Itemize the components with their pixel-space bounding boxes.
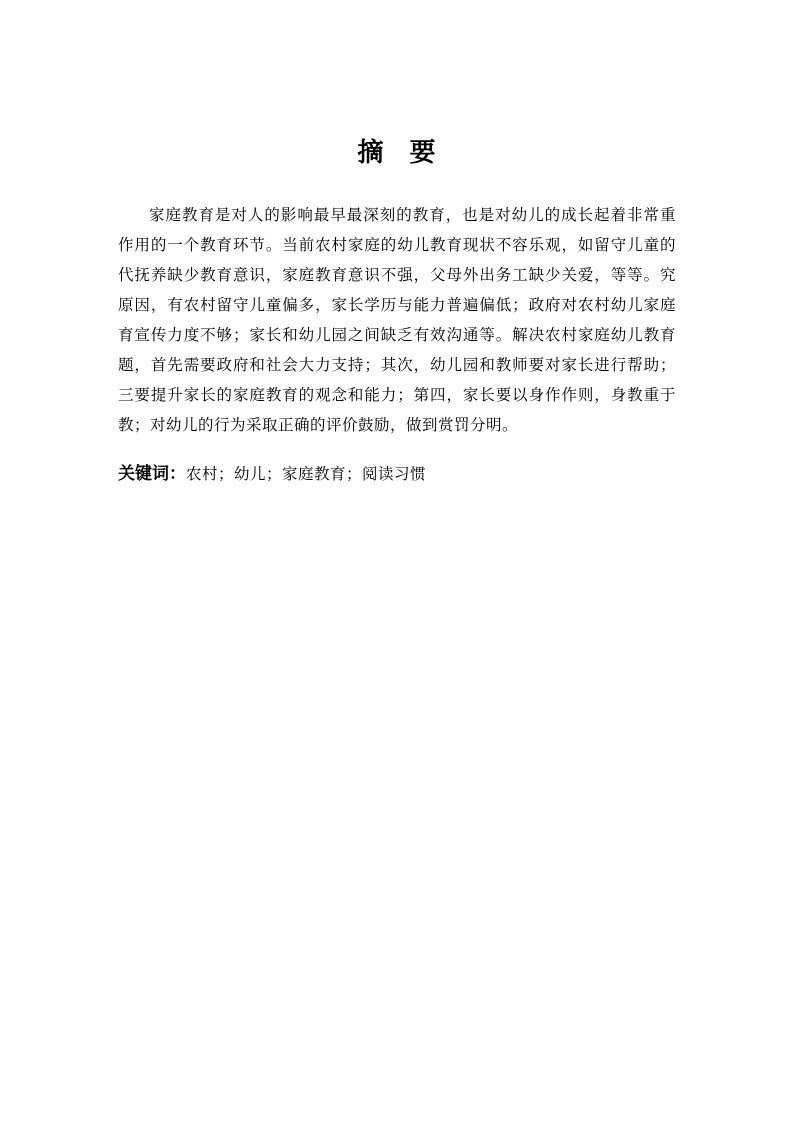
keywords-value: 农村；幼儿；家庭教育；阅读习惯 [186, 465, 426, 483]
paragraph-line: 家庭教育是对人的影响最早最深刻的教育，也是对幼儿的成长起着非常重要 [118, 200, 676, 230]
abstract-paragraph: 家庭教育是对人的影响最早最深刻的教育，也是对幼儿的成长起着非常重要 作用的一个教… [118, 200, 676, 440]
paragraph-line: 原因，有农村留守儿童偏多，家长学历与能力普遍偏低；政府对农村幼儿家庭教 [118, 290, 676, 320]
page-title: 摘 要 [0, 137, 793, 169]
paragraph-line: 教；对幼儿的行为采取正确的评价鼓励，做到赏罚分明。 [118, 410, 676, 440]
keywords-row: 关键词：农村；幼儿；家庭教育；阅读习惯 [118, 459, 676, 489]
paragraph-line: 育宣传力度不够；家长和幼儿园之间缺乏有效沟通等。解决农村家庭幼儿教育问 [118, 320, 676, 350]
document-page: 摘 要 家庭教育是对人的影响最早最深刻的教育，也是对幼儿的成长起着非常重要 作用… [0, 0, 793, 1122]
paragraph-line: 三要提升家长的家庭教育的观念和能力；第四，家长要以身作作则，身教重于言 [118, 380, 676, 410]
paragraph-line: 题，首先需要政府和社会大力支持；其次，幼儿园和教师要对家长进行帮助；第 [118, 350, 676, 380]
keywords-label: 关键词： [118, 464, 186, 484]
paragraph-line: 代抚养缺少教育意识，家庭教育意识不强，父母外出务工缺少关爱，等等。究其 [118, 260, 676, 290]
paragraph-line: 作用的一个教育环节。当前农村家庭的幼儿教育现状不容乐观，如留守儿童的隔 [118, 230, 676, 260]
